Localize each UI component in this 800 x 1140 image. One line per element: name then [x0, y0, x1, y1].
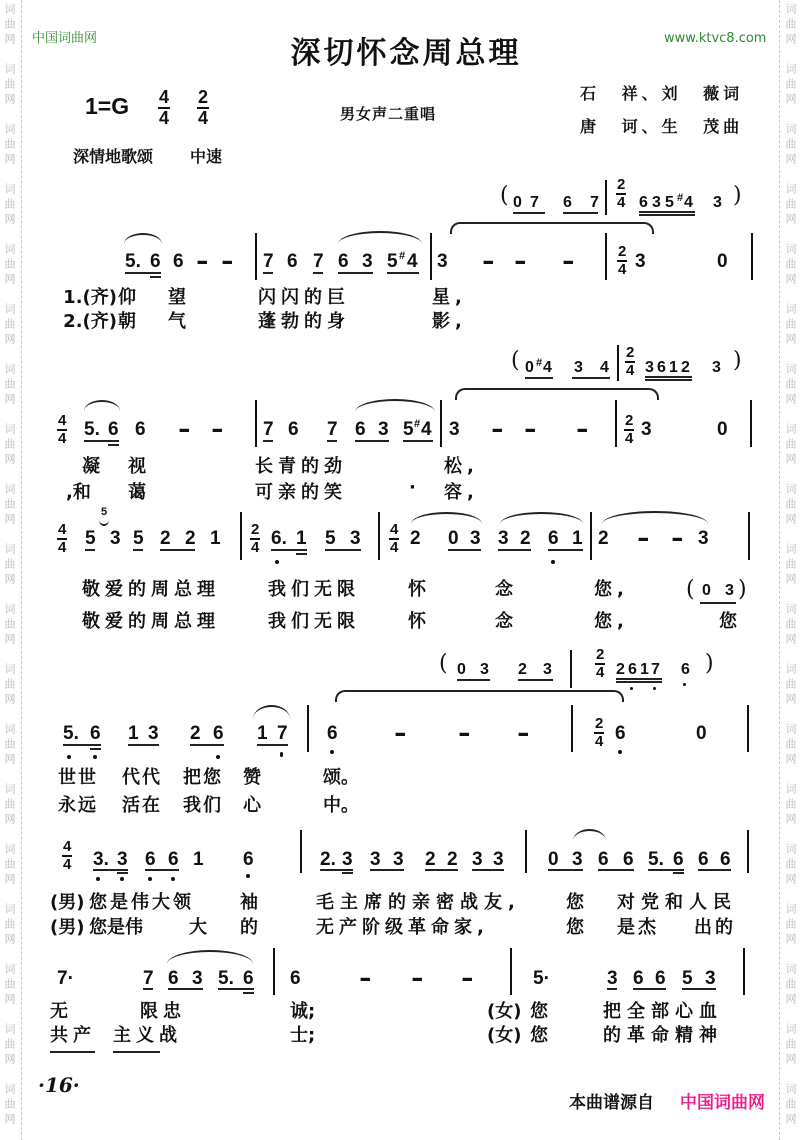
- time-signature: 2 4: [616, 178, 626, 210]
- note: 1: [128, 724, 139, 743]
- note: 3: [449, 420, 460, 439]
- hold-dash: –: [518, 717, 529, 749]
- sharp-accidental: #: [536, 358, 542, 369]
- note: 6: [90, 724, 101, 743]
- time-sig-denominator: 4: [198, 109, 208, 127]
- lyric: 把您: [183, 768, 223, 788]
- beam-underline: [168, 988, 203, 990]
- note: 3: [437, 252, 448, 271]
- page-number: ·16·: [38, 1074, 80, 1096]
- parenthesis-open: (: [686, 575, 695, 605]
- note: 3: [472, 850, 483, 869]
- note: 5: [665, 195, 674, 211]
- note: 3: [607, 969, 618, 988]
- parenthesis-close: ): [705, 649, 714, 679]
- lyricist-credit: 石 祥、刘 薇词: [580, 84, 743, 104]
- note: 3: [635, 252, 646, 271]
- lyric-underline: [113, 1051, 160, 1053]
- beam-underline: [243, 992, 254, 994]
- note: 5.: [125, 252, 141, 271]
- barline: [570, 650, 572, 688]
- note: 3: [572, 850, 583, 869]
- hold-dash: –: [672, 522, 683, 554]
- interlude-bracket: [455, 388, 659, 400]
- lyric: 的革命精神: [603, 1026, 723, 1046]
- time-signature: 2 4: [617, 245, 627, 277]
- barline: [605, 180, 607, 215]
- beam-underline: [648, 869, 684, 871]
- note: 3: [698, 529, 709, 548]
- left-margin-dashed-line: [21, 0, 22, 1140]
- lyric: 我们无限: [268, 580, 360, 600]
- beam-underline: [639, 214, 695, 216]
- note: 6: [145, 850, 156, 869]
- beam-underline: [327, 440, 337, 442]
- slur: [167, 950, 253, 964]
- beam-underline: [143, 988, 153, 990]
- note: 5: [403, 420, 414, 439]
- beam-underline: [84, 440, 119, 442]
- left-side-watermark: 词曲网 词曲网 词曲网 词曲网 词曲网 词曲网 词曲网 词曲网 词曲网 词曲网 …: [3, 3, 15, 1128]
- lyric: 您,: [594, 612, 629, 632]
- note: 1: [669, 360, 678, 376]
- hold-dash: –: [179, 413, 190, 445]
- note: 5.: [84, 420, 100, 439]
- beam-underline: [700, 602, 736, 604]
- lyric: 闪闪的巨: [258, 288, 350, 308]
- note: 3: [498, 529, 509, 548]
- beam-underline: [342, 872, 353, 874]
- barline: [300, 830, 302, 873]
- beam-underline: [498, 549, 531, 551]
- note: 6: [213, 724, 224, 743]
- note: 6: [243, 969, 254, 988]
- lyric: 对党和人民: [617, 893, 737, 913]
- note: 6: [173, 252, 184, 271]
- beam-underline: [513, 212, 545, 214]
- time-sig-numerator: 2: [616, 178, 626, 195]
- note: 7: [327, 420, 338, 439]
- note: 2: [185, 529, 196, 548]
- barline: [747, 830, 749, 873]
- time-sig-numerator: 4: [62, 840, 72, 857]
- time-sig-numerator: 4: [389, 523, 399, 540]
- beam-underline: [85, 549, 95, 551]
- beam-underline: [63, 744, 101, 746]
- low-octave-dot: [93, 755, 97, 759]
- note: 3: [393, 850, 404, 869]
- note: 7: [143, 969, 154, 988]
- lyric: 出的: [694, 918, 736, 938]
- beam-underline: [355, 440, 389, 442]
- lyric: 容,: [444, 483, 479, 503]
- note: 7: [263, 252, 274, 271]
- note: 4: [600, 360, 609, 376]
- lyric: 心: [243, 796, 266, 816]
- beam-underline: [190, 744, 224, 746]
- note: 3: [725, 583, 734, 599]
- slur: [573, 829, 606, 841]
- note: 2: [616, 662, 625, 678]
- note: 5: [682, 969, 693, 988]
- beam-underline: [639, 211, 695, 213]
- low-octave-dot: [67, 755, 71, 759]
- barline: [748, 512, 750, 560]
- note: 5.: [63, 724, 79, 743]
- note: 1: [572, 529, 583, 548]
- note: 3: [652, 195, 661, 211]
- time-signature: 4 4: [57, 523, 67, 555]
- note: 1: [257, 724, 268, 743]
- beam-underline: [325, 549, 361, 551]
- interlude-bracket: [335, 690, 624, 702]
- note: 6: [168, 969, 179, 988]
- note: 1: [193, 850, 204, 869]
- note: 2: [447, 850, 458, 869]
- barline: [750, 400, 752, 447]
- right-side-watermark: 词曲网 词曲网 词曲网 词曲网 词曲网 词曲网 词曲网 词曲网 词曲网 词曲网 …: [784, 3, 796, 1128]
- lyric: 星,: [432, 288, 467, 308]
- barline: [255, 400, 257, 447]
- slur: [355, 399, 435, 412]
- parenthesis-open: (: [439, 649, 448, 679]
- low-octave-dot: [216, 755, 220, 759]
- note: 6: [290, 969, 301, 988]
- note: 7: [590, 195, 599, 211]
- beam-underline: [160, 549, 195, 551]
- low-octave-dot: [171, 877, 175, 881]
- beam-underline: [145, 869, 179, 871]
- slur: [602, 511, 708, 524]
- note: 6: [720, 850, 731, 869]
- note: 3: [117, 850, 128, 869]
- lyric: 代代: [122, 768, 162, 788]
- beam-underline: [645, 376, 692, 378]
- lyric: 您: [530, 1026, 553, 1046]
- lyric: 长青的劲: [255, 457, 347, 477]
- grace-mark: [99, 520, 109, 526]
- low-octave-dot: [148, 877, 152, 881]
- beam-underline: [133, 549, 143, 551]
- beam-underline: [338, 272, 373, 274]
- beam-underline: [616, 678, 662, 680]
- time-signature: 4 4: [62, 840, 72, 872]
- note: 5: [133, 529, 144, 548]
- time-sig-denominator: 4: [159, 109, 169, 127]
- beam-underline: [320, 869, 353, 871]
- barline: [751, 233, 753, 280]
- time-signature: 2 4: [595, 648, 605, 680]
- note: 3: [574, 360, 583, 376]
- lyric: 颂。: [323, 768, 359, 788]
- time-sig-numerator: 2: [595, 648, 605, 665]
- note: 3: [350, 529, 361, 548]
- hold-dash: –: [483, 245, 494, 277]
- lyric: 我们: [183, 796, 223, 816]
- time-signature: 4 4: [57, 414, 67, 446]
- beam-underline: [271, 549, 307, 551]
- lyric: 是杰: [617, 918, 659, 938]
- beam-underline: [448, 549, 481, 551]
- barline: [307, 705, 309, 752]
- low-octave-dot: [618, 750, 622, 754]
- lyric: 敬爱的周总理: [82, 580, 220, 600]
- time-signature: 2 4: [624, 414, 634, 446]
- time-sig-denominator: 4: [390, 540, 398, 555]
- beam-underline: [403, 440, 433, 442]
- lyric-mark: ·: [409, 478, 421, 498]
- hold-dash: –: [222, 245, 233, 277]
- lyric: 袖: [240, 893, 263, 913]
- key-signature: 1=G: [85, 93, 129, 119]
- hold-dash: –: [395, 717, 406, 749]
- time-sig-numerator: 2: [197, 89, 209, 109]
- lyric: 您是伟: [89, 918, 143, 938]
- lyric: 无: [50, 1002, 73, 1022]
- rest: 0: [457, 662, 466, 678]
- beam-underline: [682, 988, 716, 990]
- interlude-bracket: [450, 222, 654, 234]
- hold-dash: –: [577, 413, 588, 445]
- time-signature: 2 4: [625, 346, 635, 378]
- sharp-accidental: #: [399, 251, 405, 262]
- slur: [500, 512, 583, 524]
- performance-type: 男女声二重唱: [340, 104, 436, 124]
- low-octave-dot: [330, 750, 334, 754]
- beam-underline: [263, 440, 273, 442]
- beam-underline: [572, 377, 610, 379]
- time-signature: 2 4: [197, 89, 209, 127]
- hold-dash: –: [459, 717, 470, 749]
- note: 3: [480, 662, 489, 678]
- lyric-underline: [50, 1051, 95, 1053]
- note: 6: [548, 529, 559, 548]
- note: 1: [640, 662, 649, 678]
- hold-dash: –: [462, 962, 473, 994]
- beam-underline: [598, 869, 634, 871]
- beam-underline: [90, 748, 101, 750]
- lyric: 您,: [594, 580, 629, 600]
- source-site-name: 中国词曲网: [680, 1093, 765, 1113]
- lyric: 气: [168, 312, 191, 332]
- note: 3: [148, 724, 159, 743]
- time-sig-numerator: 2: [594, 717, 604, 734]
- barline: [617, 345, 619, 381]
- beam-underline: [607, 988, 617, 990]
- beam-underline: [525, 377, 553, 379]
- time-signature: 2 4: [250, 523, 260, 555]
- sharp-accidental: #: [677, 193, 683, 204]
- time-sig-denominator: 4: [596, 665, 604, 680]
- note: 6: [338, 252, 349, 271]
- time-sig-denominator: 4: [595, 734, 603, 749]
- note: 3: [543, 662, 552, 678]
- barline: [378, 512, 380, 560]
- hold-dash: –: [525, 413, 536, 445]
- time-sig-numerator: 2: [624, 414, 634, 431]
- note: 5.: [648, 850, 664, 869]
- voice-marker-female: (女): [487, 1026, 521, 1046]
- barline: [510, 948, 512, 995]
- hold-dash: –: [638, 522, 649, 554]
- time-signature: 2 4: [594, 717, 604, 749]
- note: 5: [387, 252, 398, 271]
- barline: [747, 705, 749, 752]
- note: 0: [513, 195, 522, 211]
- note: 6: [243, 850, 254, 869]
- low-octave-dot: [551, 560, 555, 564]
- time-sig-denominator: 4: [625, 431, 633, 446]
- note: 7: [277, 724, 288, 743]
- lyric: 蓬勃的身: [258, 312, 350, 332]
- beam-underline: [313, 272, 323, 274]
- lyric: 把全部心血: [603, 1002, 723, 1022]
- beam-underline: [548, 869, 583, 871]
- note: 6: [628, 662, 637, 678]
- note: 3: [370, 850, 381, 869]
- lyric: 您: [566, 893, 589, 913]
- barline: [273, 948, 275, 995]
- beam-underline: [117, 872, 128, 874]
- beam-underline: [425, 869, 458, 871]
- time-sig-denominator: 4: [618, 262, 626, 277]
- low-octave-dot: [275, 560, 279, 564]
- note: 3: [362, 252, 373, 271]
- beam-underline: [457, 679, 490, 681]
- right-margin-dashed-line: [779, 0, 780, 1140]
- beam-underline: [108, 444, 119, 446]
- beam-underline: [218, 988, 254, 990]
- hold-dash: –: [492, 413, 503, 445]
- lyric: 松,: [444, 457, 479, 477]
- lyric: 念: [495, 612, 518, 632]
- low-octave-dot: [683, 683, 686, 686]
- note: 3: [713, 195, 722, 211]
- slur: [84, 400, 120, 411]
- voice-marker-male: (男): [50, 918, 84, 938]
- note: 6: [615, 724, 626, 743]
- time-signature: 4 4: [389, 523, 399, 555]
- beam-underline: [518, 679, 553, 681]
- parenthesis-close: ): [733, 181, 742, 211]
- voice-marker-male: (男): [50, 893, 84, 913]
- lyric: 无产阶级革命家,: [316, 918, 489, 938]
- slur: [124, 233, 162, 244]
- note: 6: [135, 420, 146, 439]
- lyric: 您: [530, 1002, 553, 1022]
- note: 6: [355, 420, 366, 439]
- lyric: 念: [495, 580, 518, 600]
- barline: [430, 233, 432, 280]
- barline: [571, 705, 573, 752]
- note: 7·: [57, 969, 74, 988]
- parenthesis-open: (: [511, 346, 520, 376]
- lyric: 活在: [122, 796, 162, 816]
- note: 5: [325, 529, 336, 548]
- barline: [605, 233, 607, 280]
- lyric: 朝: [118, 312, 141, 332]
- note: 6: [681, 662, 690, 678]
- note: 3: [493, 850, 504, 869]
- note: 3: [645, 360, 654, 376]
- rest: 0: [717, 420, 728, 439]
- note: 4: [684, 195, 693, 211]
- lyric: 可亲的笑: [255, 483, 347, 503]
- note: 2: [520, 529, 531, 548]
- voice-marker-female: (女): [487, 1002, 521, 1022]
- rest: 0: [702, 583, 711, 599]
- barline: [255, 233, 257, 280]
- beam-underline: [616, 681, 662, 683]
- note: 7: [651, 662, 660, 678]
- slur: [338, 231, 422, 244]
- song-title: 深切怀念周总理: [0, 37, 800, 71]
- note: 6: [633, 969, 644, 988]
- note: 3: [378, 420, 389, 439]
- note: 6: [108, 420, 119, 439]
- lyric: 凝: [82, 457, 105, 477]
- note: 2: [190, 724, 201, 743]
- hold-dash: –: [412, 962, 423, 994]
- barline: [525, 830, 527, 873]
- tempo-marking: 中速: [190, 147, 222, 167]
- note: 3: [705, 969, 716, 988]
- note: 6: [150, 252, 161, 271]
- note: 2: [410, 529, 421, 548]
- beam-underline: [263, 272, 273, 274]
- source-credit-prefix: 本曲谱源自: [569, 1093, 654, 1113]
- verse-marker: 1.(齐): [30, 288, 117, 308]
- note: 2: [598, 529, 609, 548]
- time-sig-denominator: 4: [58, 431, 66, 446]
- beam-underline: [257, 744, 288, 746]
- lyric: 的: [240, 918, 263, 938]
- slur: [253, 705, 290, 719]
- lyric: 您: [566, 918, 589, 938]
- time-sig-denominator: 4: [58, 540, 66, 555]
- note: 6: [655, 969, 666, 988]
- note: 5: [85, 529, 96, 548]
- lyric: 敬爱的周总理: [82, 612, 220, 632]
- note: 4: [543, 360, 552, 376]
- lyric: 世世: [58, 768, 98, 788]
- lyric: 共产: [50, 1026, 96, 1046]
- time-sig-denominator: 4: [626, 363, 634, 378]
- beam-underline: [698, 869, 731, 871]
- note: 0: [525, 360, 534, 376]
- barline: [590, 512, 592, 560]
- note: 6: [563, 195, 572, 211]
- low-octave-dot: [280, 752, 283, 757]
- note: 6: [168, 850, 179, 869]
- barline: [615, 400, 617, 447]
- beam-underline: [633, 988, 666, 990]
- verse-marker: 2.(齐): [30, 312, 117, 332]
- note: 5·: [533, 969, 550, 988]
- note: 1: [296, 529, 307, 548]
- note: 2: [518, 662, 527, 678]
- low-octave-dot: [246, 874, 250, 878]
- beam-underline: [645, 379, 692, 381]
- beam-underline: [563, 212, 598, 214]
- note: 2.: [320, 850, 336, 869]
- low-octave-dot: [120, 877, 124, 881]
- note: 3: [470, 529, 481, 548]
- parenthesis-close: ): [733, 346, 742, 376]
- note: 6: [288, 420, 299, 439]
- lyric: 蔼: [128, 483, 151, 503]
- beam-underline: [548, 549, 583, 551]
